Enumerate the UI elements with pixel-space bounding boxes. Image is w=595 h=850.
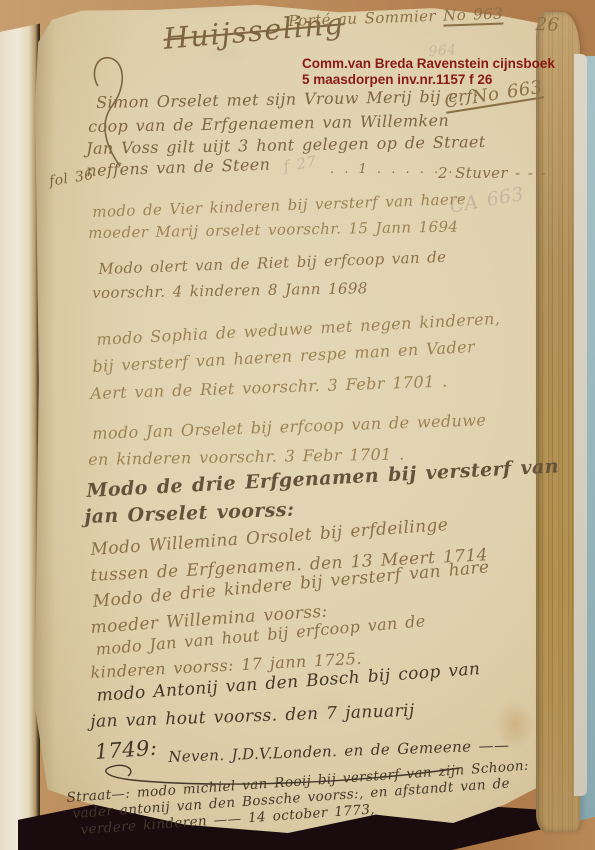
dotted-leader: . . 1 . . . . . . bbox=[330, 162, 454, 177]
manuscript-photo: Huijsseling Porté au Sommier No 963 964 … bbox=[0, 0, 595, 850]
folio-number: 26 bbox=[535, 14, 559, 36]
tax-amount: 2 Stuver - - - bbox=[438, 164, 546, 182]
sommier-number: No 963 bbox=[443, 5, 504, 25]
year-note: 1749: bbox=[94, 736, 158, 764]
page-edge-strip bbox=[574, 54, 587, 796]
facing-page-edge bbox=[0, 22, 40, 850]
archive-caption-line1: Comm.van Breda Ravenstein cijnsboek bbox=[302, 56, 555, 72]
